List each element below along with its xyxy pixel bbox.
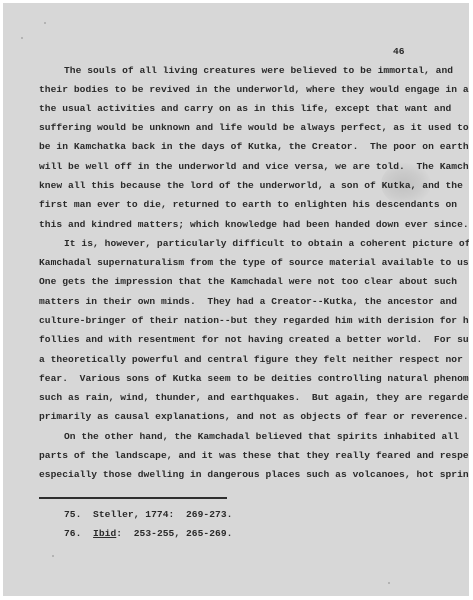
paragraph-2-line-5: culture-bringer of their nation--but the… [39,315,469,327]
footnote-pages: 253-255, 265-269. [134,528,233,539]
paragraph-1-line-7: knew all this because the lord of the un… [39,180,463,192]
footnote-number: 75. [64,509,81,520]
paragraph-1-line-8: first man ever to die, returned to earth… [39,199,457,211]
paragraph-1-line-3: the usual activities and carry on as in … [39,103,451,115]
paper-speck [44,22,46,24]
paragraph-1-line-6: will be well off in the underworld and v… [39,161,469,173]
paragraph-2-line-8: fear. Various sons of Kutka seem to be d… [39,373,469,385]
footnote-source-ibid: Ibid [93,528,116,539]
paragraph-3-line-3: especially those dwelling in dangerous p… [39,469,469,481]
paragraph-1-line-1: The souls of all living creatures were b… [64,65,453,77]
paragraph-2-line-9: such as rain, wind, thunder, and earthqu… [39,392,469,404]
paragraph-3-line-1: On the other hand, the Kamchadal believe… [64,431,459,443]
paragraph-1-line-4: suffering would be unknown and life woul… [39,122,469,134]
paragraph-2-line-7: a theoretically powerful and central fig… [39,354,463,366]
footnote-separator [39,497,227,499]
footnote-75: 75. Steller, 1774: 269-273. [64,509,232,521]
paragraph-2-line-10-text: primarily as causal explanations, and no… [39,411,469,422]
paragraph-1-line-5: be in Kamchatka back in the days of Kutk… [39,141,469,153]
paragraph-1-line-2: their bodies to be revived in the underw… [39,84,469,96]
paragraph-2-line-6: follies and with resentment for not havi… [39,334,469,346]
paragraph-2-line-2: Kamchadal supernaturalism from the type … [39,257,469,269]
footnote-source-suffix: : [116,528,122,539]
footnote-76: 76. Ibid: 253-255, 265-269. [64,528,232,540]
paragraph-1-line-9-text: this and kindred matters; which knowledg… [39,219,469,230]
paragraph-2-line-1: It is, however, particularly difficult t… [64,238,469,250]
footnote-pages: 269-273. [186,509,232,520]
paragraph-1-line-9: this and kindred matters; which knowledg… [39,219,469,231]
paragraph-2-line-3: One gets the impression that the Kamchad… [39,276,457,288]
paper-speck [21,37,23,39]
paper-speck [388,582,390,584]
paragraph-2-line-10: primarily as causal explanations, and no… [39,411,469,423]
footnote-source: Steller, 1774: [93,509,174,520]
paragraph-3-line-2: parts of the landscape, and it was these… [39,450,469,462]
paragraph-2-line-4: matters in their own minds. They had a C… [39,296,457,308]
paper-speck [52,555,54,557]
footnote-number: 76. [64,528,81,539]
scanned-page: 46 The souls of all living creatures wer… [3,3,469,596]
page-number: 46 [393,46,405,57]
